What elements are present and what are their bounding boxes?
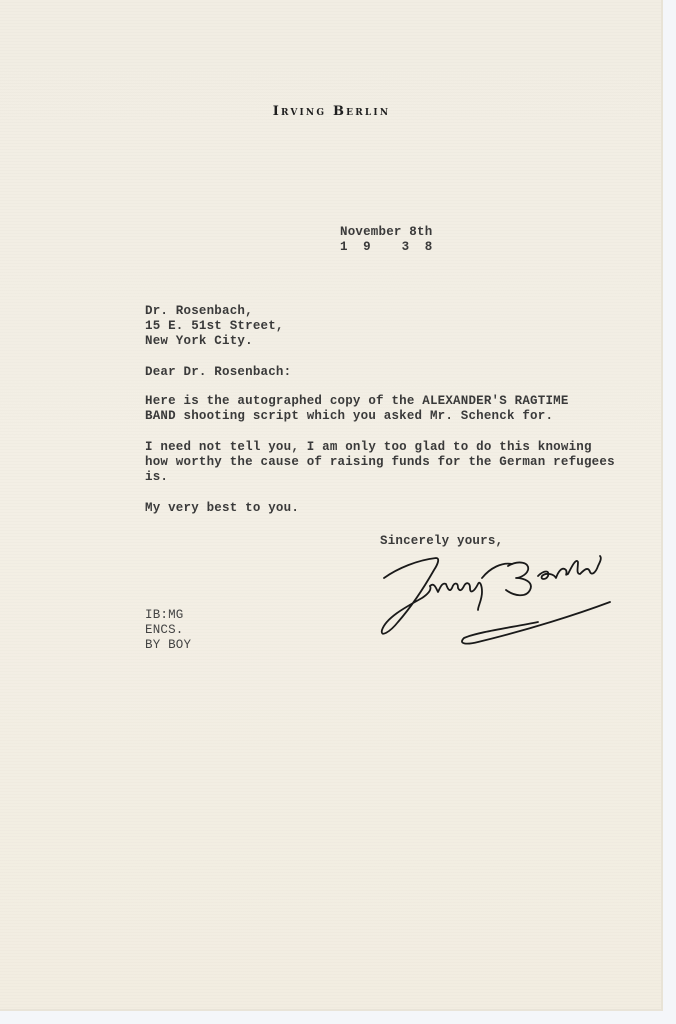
address-line: Dr. Rosenbach, [145,304,284,319]
body-paragraph: Here is the autographed copy of the ALEX… [145,394,569,424]
salutation: Dear Dr. Rosenbach: [145,365,291,380]
letterhead: Irving Berlin [0,104,663,119]
body-line: BAND shooting script which you asked Mr.… [145,409,569,424]
body-line: is. [145,470,615,485]
date-block: November 8th1 9 3 8 [340,225,432,255]
letter-page: Irving Berlin November 8th1 9 3 8 Dr. Ro… [0,0,663,1011]
reference-line: ENCS. [145,623,191,638]
body-line: Here is the autographed copy of the ALEX… [145,394,569,409]
body-paragraph: I need not tell you, I am only too glad … [145,440,615,485]
date-line: November 8th [340,225,432,240]
closing: Sincerely yours, [380,534,503,549]
body-paragraph: My very best to you. [145,501,299,516]
reference-initials: IB:MGENCS.BY BOY [145,608,191,653]
reference-line: IB:MG [145,608,191,623]
body-line: I need not tell you, I am only too glad … [145,440,615,455]
handwritten-signature [378,548,668,648]
body-line: My very best to you. [145,501,299,516]
recipient-address: Dr. Rosenbach,15 E. 51st Street,New York… [145,304,284,349]
address-line: New York City. [145,334,284,349]
address-line: 15 E. 51st Street, [145,319,284,334]
body-line: how worthy the cause of raising funds fo… [145,455,615,470]
reference-line: BY BOY [145,638,191,653]
year-line: 1 9 3 8 [340,240,432,255]
